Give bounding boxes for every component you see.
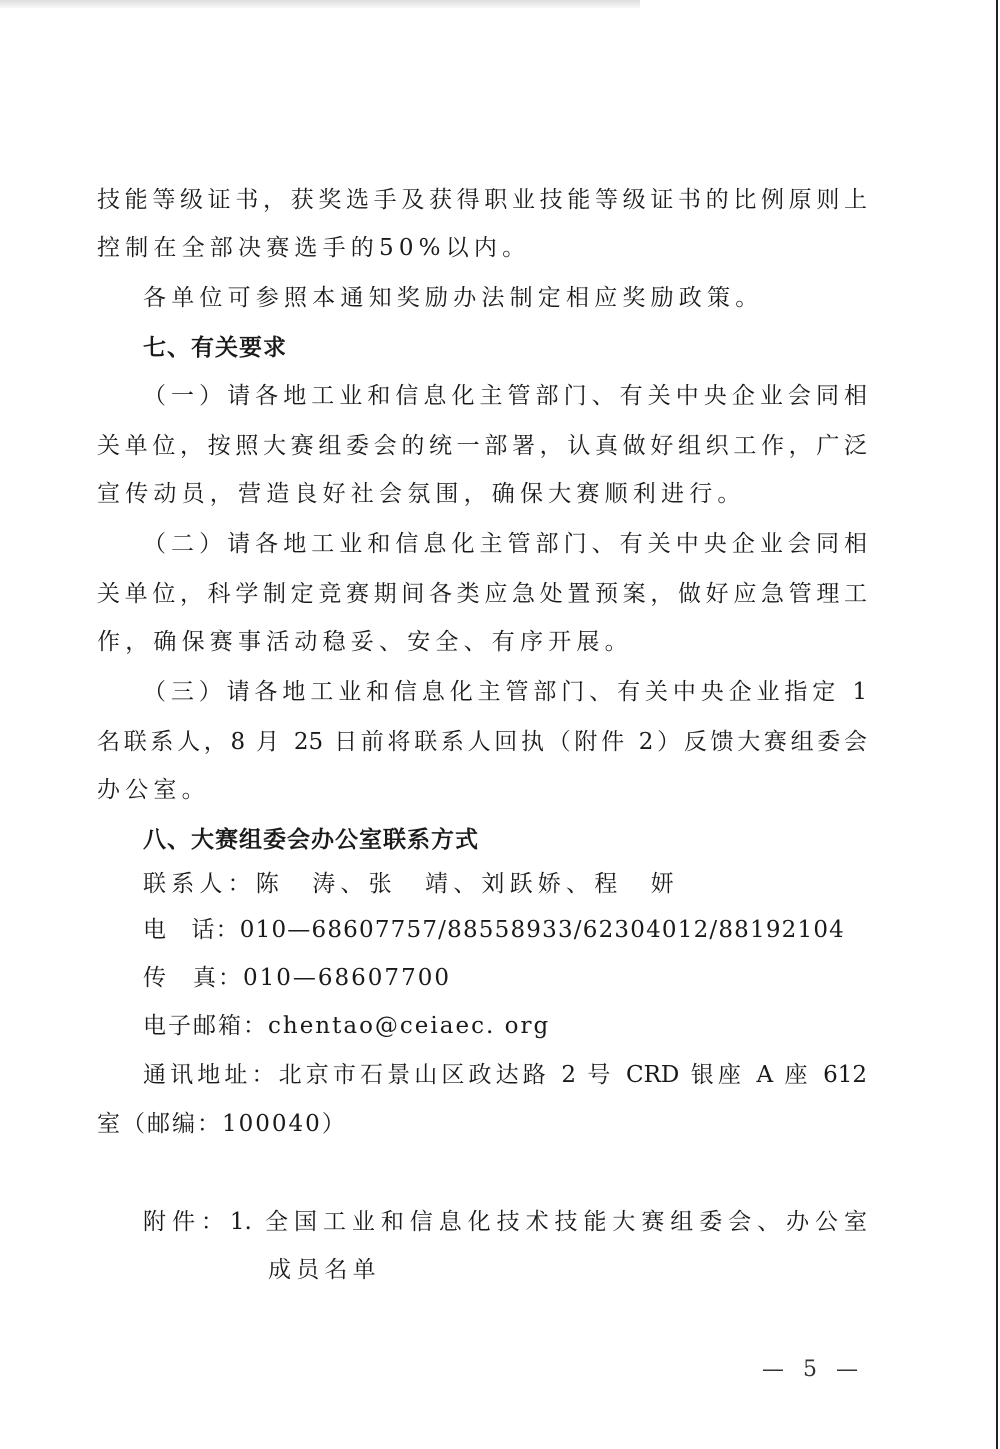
scan-edge-top (0, 0, 640, 8)
paragraph-prev-line-2: 控制在全部决赛选手的50%以内。 (97, 233, 867, 263)
email[interactable]: 电子邮箱：chentao@ceiaec. org (143, 1011, 867, 1041)
attachment-line-1: 附件：1. 全国工业和信息化技术技能大赛组委会、办公室 (143, 1207, 867, 1237)
attachment-line-2: 成员名单 (268, 1255, 1000, 1285)
section-7-item-3-line-3: 办公室。 (97, 775, 867, 805)
section-7-heading: 七、有关要求 (143, 333, 867, 363)
contacts: 联系人：陈 涛、张 靖、刘跃娇、程 妍 (143, 869, 867, 899)
section-7-item-1-line-3: 宣传动员，营造良好社会氛围，确保大赛顺利进行。 (97, 479, 867, 509)
section-8-heading: 八、大赛组委会办公室联系方式 (143, 825, 867, 855)
section-7-item-2-line-2: 关单位，科学制定竞赛期间各类应急处置预案，做好应急管理工 (97, 579, 867, 609)
section-7-item-1-line-2: 关单位，按照大赛组委会的统一部署，认真做好组织工作，广泛 (97, 431, 867, 461)
section-7-item-3-line-1: （三）请各地工业和信息化主管部门、有关中央企业指定 1 (143, 677, 867, 707)
section-7-item-2-line-1: （二）请各地工业和信息化主管部门、有关中央企业会同相 (143, 529, 867, 559)
fax: 传 真：010—68607700 (143, 963, 867, 993)
section-7-item-3-line-2: 名联系人，8 月 25 日前将联系人回执（附件 2）反馈大赛组委会 (97, 727, 867, 757)
section-7-item-2-line-3: 作，确保赛事活动稳妥、安全、有序开展。 (97, 627, 867, 657)
section-7-item-1-line-1: （一）请各地工业和信息化主管部门、有关中央企业会同相 (143, 381, 867, 411)
address-line-1: 通讯地址：北京市石景山区政达路 2 号 CRD 银座 A 座 612 (143, 1060, 867, 1090)
phone: 电 话：010—68607757/88558933/62304012/88192… (143, 915, 867, 945)
paragraph-prev-line-1: 技能等级证书，获奖选手及获得职业技能等级证书的比例原则上 (97, 185, 867, 215)
paragraph-policy: 各单位可参照本通知奖励办法制定相应奖励政策。 (143, 283, 867, 313)
page-number: — 5 — (762, 1355, 864, 1385)
address-line-2: 室（邮编：100040） (97, 1109, 867, 1139)
scan-edge-right (996, 0, 998, 1449)
